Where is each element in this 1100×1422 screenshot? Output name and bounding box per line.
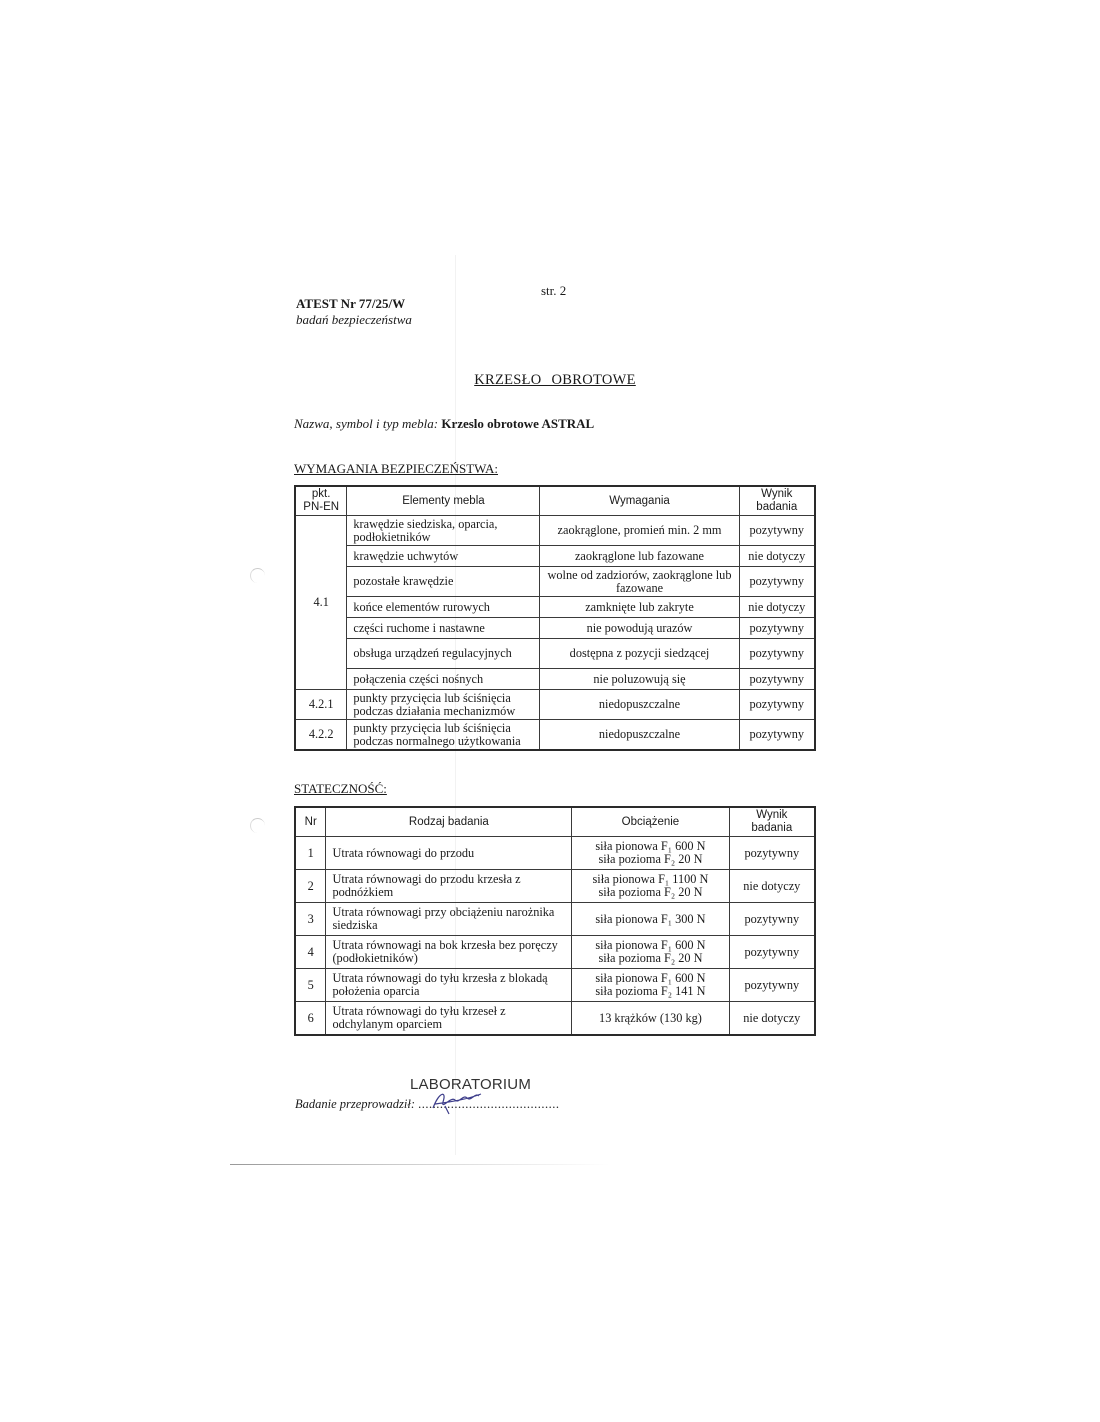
requirement-cell: nie poluzowują się (540, 669, 739, 690)
punch-hole-mark (250, 818, 265, 833)
nr-cell: 6 (295, 1002, 326, 1036)
result-cell: nie dotyczy (729, 1002, 815, 1036)
element-cell: punkty przycięcia lub ściśnięcia podczas… (347, 690, 540, 720)
load-line: siła pozioma F₂ 20 N (578, 952, 722, 965)
element-cell: połączenia części nośnych (347, 669, 540, 690)
column-header: Elementy mebla (347, 486, 540, 516)
signed-by-label: Badanie przeprowadził: (295, 1097, 415, 1111)
test-cell: Utrata równowagi do przodu krzesła z pod… (326, 870, 572, 903)
column-header: Wymagania (540, 486, 739, 516)
requirement-cell: nie powodują urazów (540, 618, 739, 639)
load-line: siła pozioma F₂ 20 N (578, 886, 722, 899)
column-header: Obciążenie (572, 807, 729, 837)
table-header-row: pkt. PN-EN Elementy mebla Wymagania Wyni… (295, 486, 815, 516)
table-row: 4.2.2punkty przycięcia lub ściśnięcia po… (295, 720, 815, 751)
requirement-cell: zaokrąglone lub fazowane (540, 546, 739, 567)
result-cell: nie dotyczy (729, 870, 815, 903)
result-cell: pozytywny (739, 690, 815, 720)
column-header: pkt. PN-EN (295, 486, 347, 516)
test-cell: Utrata równowagi przy obciążeniu narożni… (326, 903, 572, 936)
column-header: Wynik badania (739, 486, 815, 516)
load-cell: siła pionowa F₁ 1100 Nsiła pozioma F₂ 20… (572, 870, 729, 903)
column-header: Wynik badania (729, 807, 815, 837)
requirement-cell: wolne od zadziorów, zaokrąglone lub fazo… (540, 567, 739, 597)
requirement-cell: niedopuszczalne (540, 720, 739, 751)
result-cell: pozytywny (729, 936, 815, 969)
nr-cell: 5 (295, 969, 326, 1002)
result-cell: nie dotyczy (739, 597, 815, 618)
load-cell: 13 krążków (130 kg) (572, 1002, 729, 1036)
table-row: 2Utrata równowagi do przodu krzesła z po… (295, 870, 815, 903)
table-row: 4.2.1punkty przycięcia lub ściśnięcia po… (295, 690, 815, 720)
table-row: 1Utrata równowagi do przodusiła pionowa … (295, 837, 815, 870)
requirement-cell: zaokrąglone, promień min. 2 mm (540, 516, 739, 546)
element-cell: części ruchome i nastawne (347, 618, 540, 639)
result-cell: pozytywny (739, 639, 815, 669)
page-number: str. 2 (541, 283, 566, 299)
result-cell: nie dotyczy (739, 546, 815, 567)
load-line: siła pozioma F₂ 20 N (578, 853, 722, 866)
element-cell: punkty przycięcia lub ściśnięcia podczas… (347, 720, 540, 751)
certificate-subtitle: badań bezpieczeństwa (296, 312, 412, 328)
furniture-name-label: Nazwa, symbol i typ mebla: (294, 416, 438, 431)
table-row: 5Utrata równowagi do tyłu krzesła z blok… (295, 969, 815, 1002)
clause-cell: 4.2.2 (295, 720, 347, 751)
safety-table-body: 4.1krawędzie siedziska, oparcia, podłoki… (295, 516, 815, 751)
document-title: KRZESŁO OBROTOWE (0, 372, 1100, 389)
result-cell: pozytywny (739, 567, 815, 597)
furniture-name-value: Krzeslo obrotowe ASTRAL (441, 416, 594, 431)
table-row: 4Utrata równowagi na bok krzesła bez por… (295, 936, 815, 969)
furniture-name-line: Nazwa, symbol i typ mebla: Krzeslo obrot… (294, 416, 594, 432)
result-cell: pozytywny (729, 903, 815, 936)
requirement-cell: niedopuszczalne (540, 690, 739, 720)
nr-cell: 3 (295, 903, 326, 936)
test-cell: Utrata równowagi do tyłu krzeseł z odchy… (326, 1002, 572, 1036)
result-cell: pozytywny (729, 969, 815, 1002)
nr-cell: 2 (295, 870, 326, 903)
load-line: siła pionowa F₁ 300 N (578, 913, 722, 926)
stability-table-body: 1Utrata równowagi do przodusiła pionowa … (295, 837, 815, 1036)
column-header: Rodzaj badania (326, 807, 572, 837)
element-cell: pozostałe krawędzie (347, 567, 540, 597)
punch-hole-mark (250, 568, 265, 583)
certificate-number: ATEST Nr 77/25/W (296, 296, 405, 312)
safety-requirements-table: pkt. PN-EN Elementy mebla Wymagania Wyni… (294, 485, 816, 751)
column-header: Nr (295, 807, 326, 837)
result-cell: pozytywny (739, 720, 815, 751)
load-line: 13 krążków (130 kg) (578, 1012, 722, 1025)
element-cell: obsługa urządzeń regulacyjnych (347, 639, 540, 669)
bottom-rule (230, 1164, 610, 1165)
stability-table: Nr Rodzaj badania Obciążenie Wynik badan… (294, 806, 816, 1036)
stability-heading: STATECZNOŚĆ: (294, 781, 387, 797)
table-row: obsługa urządzeń regulacyjnychdostępna z… (295, 639, 815, 669)
table-row: końce elementów rurowychzamknięte lub za… (295, 597, 815, 618)
load-line: siła pozioma F₂ 141 N (578, 985, 722, 998)
table-row: krawędzie uchwytówzaokrąglone lub fazowa… (295, 546, 815, 567)
load-cell: siła pionowa F₁ 600 Nsiła pozioma F₂ 141… (572, 969, 729, 1002)
test-cell: Utrata równowagi na bok krzesła bez porę… (326, 936, 572, 969)
element-cell: krawędzie siedziska, oparcia, podłokietn… (347, 516, 540, 546)
table-row: 6Utrata równowagi do tyłu krzeseł z odch… (295, 1002, 815, 1036)
test-cell: Utrata równowagi do tyłu krzesła z bloka… (326, 969, 572, 1002)
load-cell: siła pionowa F₁ 300 N (572, 903, 729, 936)
clause-cell: 4.2.1 (295, 690, 347, 720)
load-cell: siła pionowa F₁ 600 Nsiła pozioma F₂ 20 … (572, 837, 729, 870)
table-row: części ruchome i nastawnenie powodują ur… (295, 618, 815, 639)
test-cell: Utrata równowagi do przodu (326, 837, 572, 870)
table-header-row: Nr Rodzaj badania Obciążenie Wynik badan… (295, 807, 815, 837)
clause-cell: 4.1 (295, 516, 347, 690)
table-row: połączenia części nośnychnie poluzowują … (295, 669, 815, 690)
nr-cell: 4 (295, 936, 326, 969)
safety-heading: WYMAGANIA BEZPIECZEŃSTWA: (294, 461, 498, 477)
signature-icon (425, 1086, 485, 1116)
table-row: 3Utrata równowagi przy obciążeniu narożn… (295, 903, 815, 936)
nr-cell: 1 (295, 837, 326, 870)
requirement-cell: zamknięte lub zakryte (540, 597, 739, 618)
table-row: 4.1krawędzie siedziska, oparcia, podłoki… (295, 516, 815, 546)
element-cell: końce elementów rurowych (347, 597, 540, 618)
table-row: pozostałe krawędziewolne od zadziorów, z… (295, 567, 815, 597)
requirement-cell: dostępna z pozycji siedzącej (540, 639, 739, 669)
result-cell: pozytywny (739, 669, 815, 690)
result-cell: pozytywny (729, 837, 815, 870)
load-cell: siła pionowa F₁ 600 Nsiła pozioma F₂ 20 … (572, 936, 729, 969)
result-cell: pozytywny (739, 516, 815, 546)
element-cell: krawędzie uchwytów (347, 546, 540, 567)
result-cell: pozytywny (739, 618, 815, 639)
